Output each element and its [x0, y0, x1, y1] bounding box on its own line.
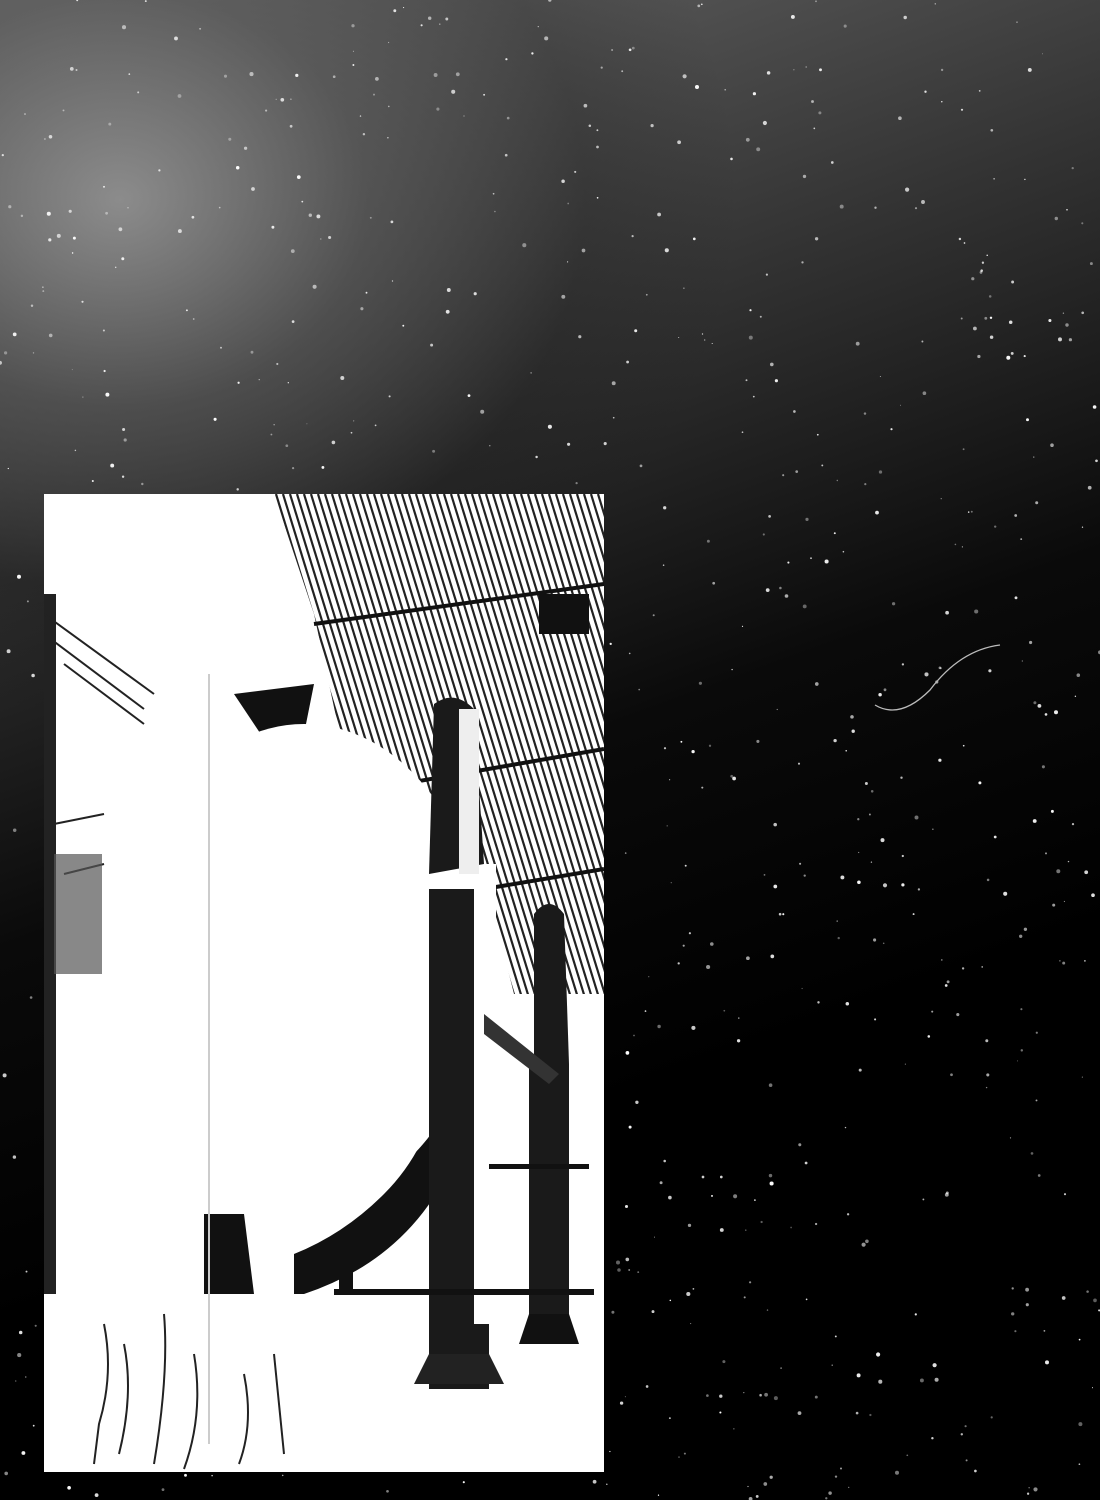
rail-post [339, 1239, 353, 1294]
back-post [529, 1064, 569, 1344]
photograph [44, 494, 604, 1472]
lattice-shade [54, 854, 102, 974]
rail-bottom [334, 1289, 594, 1295]
rail-middle [489, 1164, 589, 1169]
photocopy-page [0, 0, 1100, 1500]
post-base [414, 1354, 504, 1384]
